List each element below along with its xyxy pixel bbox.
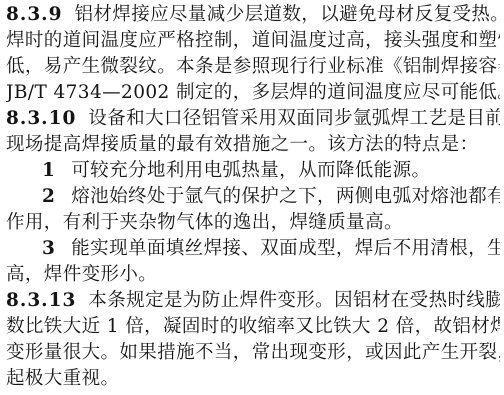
clause-8-3-13-line-4: 起极大重视。: [6, 366, 500, 392]
list-item-number: 2: [42, 186, 55, 207]
clause-text: 设备和大口径铝管采用双面同步氩弧焊工艺是目前施工: [88, 108, 500, 129]
clause-8-3-10-line-1: 8.3.10设备和大口径铝管采用双面同步氩弧焊工艺是目前施工: [6, 106, 500, 132]
list-item-text: 能实现单面填丝焊接、双面成型，焊后不用清根，生产效率: [71, 238, 500, 259]
list-item-text: 熔池始终处于氩气的保护之下，两侧电弧对熔池都有搅拌: [71, 186, 500, 207]
list-item-number: 1: [42, 160, 55, 181]
clause-8-3-9-line-3: 低，易产生微裂纹。本条是参照现行行业标准《铝制焊接容器》: [6, 54, 500, 80]
clause-8-3-10-line-2: 现场提高焊接质量的最有效措施之一。该方法的特点是：: [6, 132, 500, 158]
list-item-3-continued: 高，焊件变形小。: [6, 262, 500, 288]
list-item-text: 可较充分地利用电弧热量，从而降低能源。: [71, 160, 430, 181]
list-item-3: 3能实现单面填丝焊接、双面成型，焊后不用清根，生产效率: [6, 236, 500, 262]
clause-8-3-9-line-1: 8.3.9铝材焊接应尽量减少层道数，以避免母材反复受热。多层: [6, 2, 500, 28]
list-item-2: 2熔池始终处于氩气的保护之下，两侧电弧对熔池都有搅拌: [6, 184, 500, 210]
clause-8-3-9-line-2: 焊时的道间温度应严格控制，道间温度过高，接头强度和塑性都降: [6, 28, 500, 54]
document-page: 8.3.9铝材焊接应尽量减少层道数，以避免母材反复受热。多层 焊时的道间温度应严…: [0, 0, 504, 395]
clause-text: 本条规定是为防止焊件变形。因铝材在受热时线膨胀系: [88, 290, 500, 311]
list-item-number: 3: [42, 238, 55, 259]
clause-number: 8.3.10: [6, 108, 76, 129]
clause-text: 铝材焊接应尽量减少层道数，以避免母材反复受热。多层: [75, 4, 501, 25]
clause-8-3-13-line-3: 变形量很大。如果措施不当，常出现变形，或因此产生开裂，应引: [6, 340, 500, 366]
clause-8-3-9-line-4: JB/T 4734—2002 制定的，多层焊的道间温度应尽可能低。: [6, 80, 500, 106]
list-item-2-continued: 作用，有利于夹杂物气体的逸出，焊缝质量高。: [6, 210, 500, 236]
clause-8-3-13-line-1: 8.3.13本条规定是为防止焊件变形。因铝材在受热时线膨胀系: [6, 288, 500, 314]
clause-number: 8.3.9: [6, 4, 63, 25]
clause-number: 8.3.13: [6, 290, 76, 311]
list-item-1: 1可较充分地利用电弧热量，从而降低能源。: [6, 158, 500, 184]
clause-8-3-13-line-2: 数比铁大近 1 倍，凝固时的收缩率又比铁大 2 倍，故铝材焊接时的: [6, 314, 500, 340]
